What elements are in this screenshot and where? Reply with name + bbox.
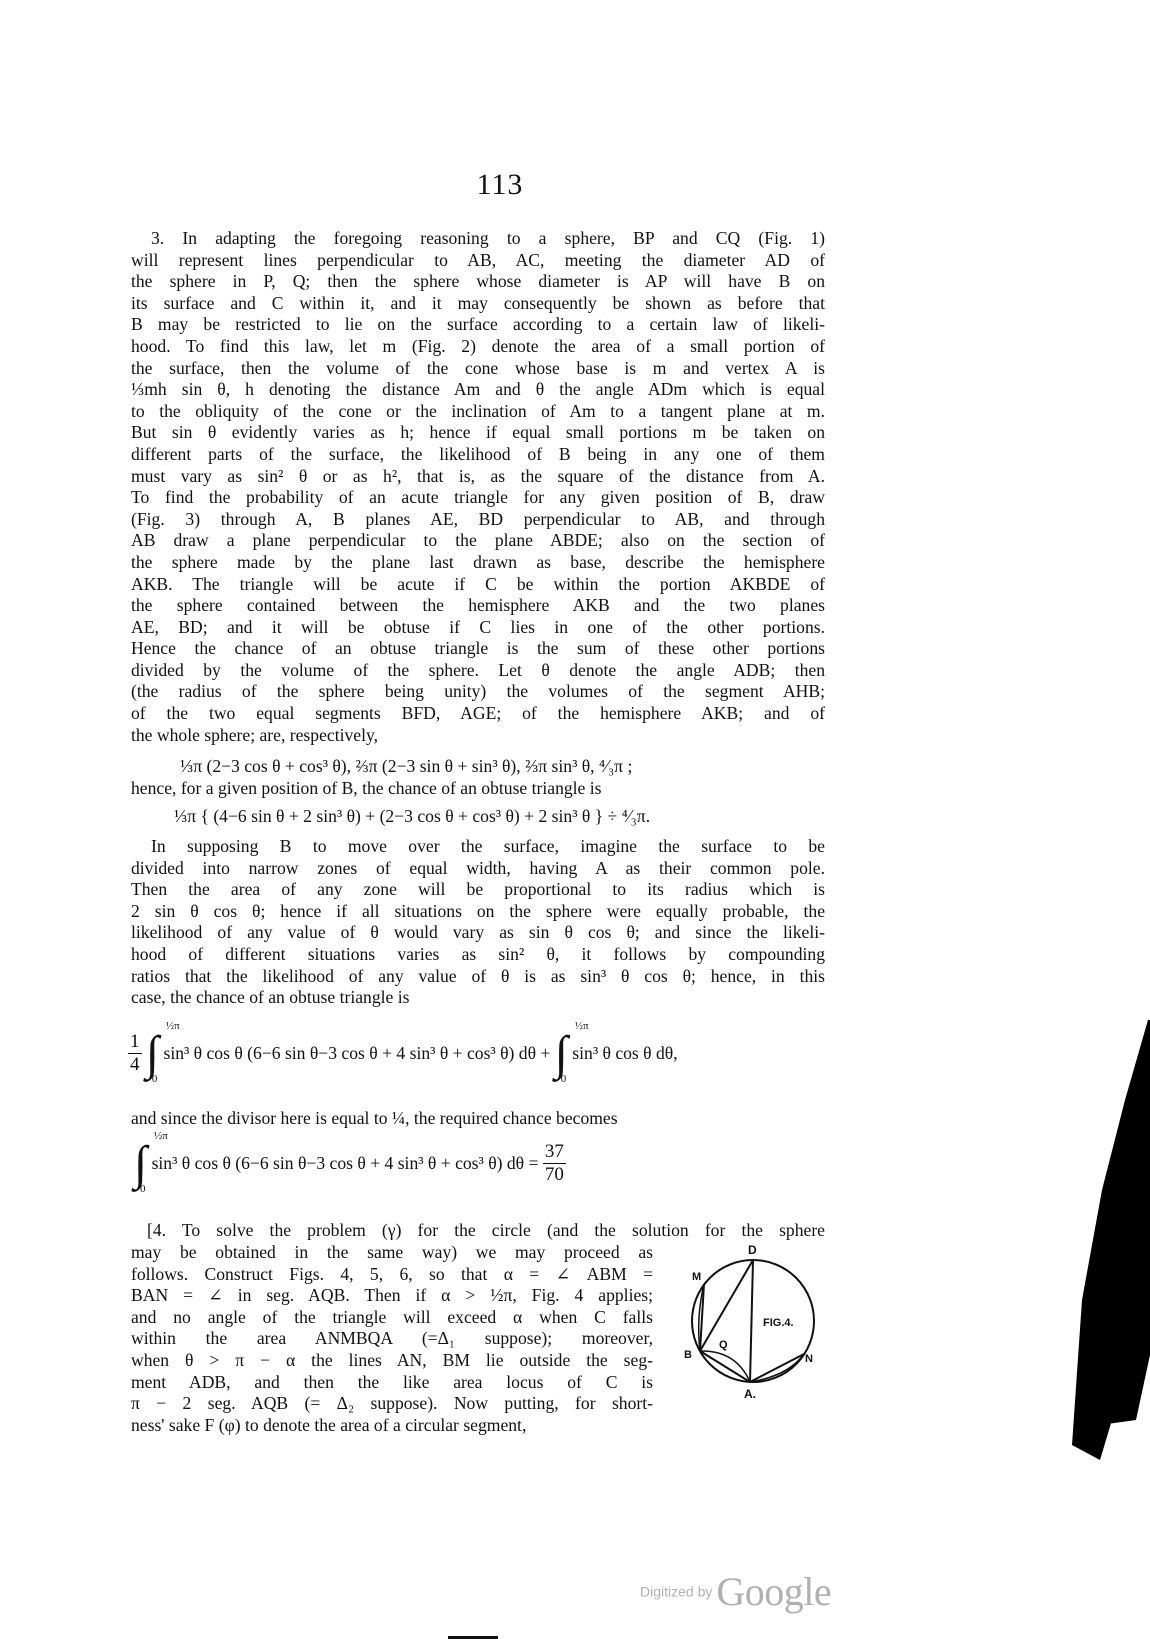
result-fraction: 37 70 xyxy=(543,1141,566,1186)
text-line: AKB. The triangle will be acute if C be … xyxy=(131,574,825,596)
section-4-first-line: [4. To solve the problem (γ) for the cir… xyxy=(131,1220,825,1242)
svg-text:A.: A. xyxy=(744,1387,756,1401)
text-line: ness' sake F (φ) to denote the area of a… xyxy=(131,1415,653,1437)
text-line: may be obtained in the same way) we may … xyxy=(131,1242,653,1264)
svg-text:N: N xyxy=(805,1353,813,1365)
integrand: sin³ θ cos θ (6−6 sin θ−3 cos θ + 4 sin³… xyxy=(152,1153,539,1173)
text-line: within the area ANMBQA (=Δ₁ suppose); mo… xyxy=(131,1328,653,1350)
text-line: ment ADB, and then the like area locus o… xyxy=(131,1372,653,1394)
google-logo-text: Google xyxy=(716,1569,831,1614)
formula-volumes: ⅓π (2−3 cos θ + cos³ θ), ⅔π (2−3 sin θ +… xyxy=(180,756,632,777)
text-line: Hence the chance of an obtuse triangle i… xyxy=(131,638,825,660)
text-line: must vary as sin² θ or as h², that is, a… xyxy=(131,466,825,488)
text-line: 2 sin θ cos θ; hence if all situations o… xyxy=(131,901,825,923)
fraction-one-quarter: 1 4 xyxy=(128,1031,142,1076)
text-line: the sphere in P, Q; then the sphere whos… xyxy=(131,271,825,293)
svg-text:M: M xyxy=(692,1271,701,1283)
text-line-block: and since the divisor here is equal to ¼… xyxy=(131,1108,825,1130)
integral-sign: ∫½π0 xyxy=(146,1026,159,1081)
integrand: sin³ θ cos θ dθ, xyxy=(572,1043,677,1063)
zones-paragraph: In supposing B to move over the surface,… xyxy=(131,836,825,1009)
text-line: the whole sphere; are, respectively, xyxy=(131,725,825,747)
text-line: In supposing B to move over the surface,… xyxy=(131,836,825,858)
svg-text:D: D xyxy=(748,1244,757,1257)
text-line: different parts of the surface, the like… xyxy=(131,444,825,466)
section-4-paragraph: may be obtained in the same way) we may … xyxy=(131,1242,653,1436)
text-line: But sin θ evidently varies as h; hence i… xyxy=(131,422,825,444)
section-3-paragraph: 3. In adapting the foregoing reasoning t… xyxy=(131,228,825,746)
text-line: ratios that the likelihood of any value … xyxy=(131,966,825,988)
text-line: likelihood of any value of θ would vary … xyxy=(131,922,825,944)
text-line: divided by the volume of the sphere. Let… xyxy=(131,660,825,682)
text-line: (Fig. 3) through A, B planes AE, BD perp… xyxy=(131,509,825,531)
text-line: BAN = ∠ in seg. AQB. Then if α > ½π, Fig… xyxy=(131,1285,653,1307)
integral-sign: ∫½π0 xyxy=(555,1026,568,1081)
text-line: follows. Construct Figs. 4, 5, 6, so tha… xyxy=(131,1264,653,1286)
text-line: hence, for a given position of B, the ch… xyxy=(131,778,825,800)
text-line: (the radius of the sphere being unity) t… xyxy=(131,681,825,703)
text-line: the sphere made by the plane last drawn … xyxy=(131,552,825,574)
text-line: 3. In adapting the foregoing reasoning t… xyxy=(131,228,825,250)
text-line: ⅓mh sin θ, h denoting the distance Am an… xyxy=(131,379,825,401)
text-line: AE, BD; and it will be obtuse if C lies … xyxy=(131,617,825,639)
text-line: its surface and C within it, and it may … xyxy=(131,293,825,315)
integrand: sin³ θ cos θ (6−6 sin θ−3 cos θ + 4 sin³… xyxy=(163,1043,550,1063)
text-line: hood of different situations varies as s… xyxy=(131,944,825,966)
text-line: and since the divisor here is equal to ¼… xyxy=(131,1108,825,1130)
text-line: [4. To solve the problem (γ) for the cir… xyxy=(131,1220,825,1242)
text-line: case, the chance of an obtuse triangle i… xyxy=(131,987,825,1009)
text-line: and no angle of the triangle will exceed… xyxy=(131,1307,653,1329)
svg-text:FIG.4.: FIG.4. xyxy=(763,1317,794,1329)
text-line: when θ > π − α the lines AN, BM lie outs… xyxy=(131,1350,653,1372)
text-line: hood. To find this law, let m (Fig. 2) d… xyxy=(131,336,825,358)
text-line: B may be restricted to lie on the surfac… xyxy=(131,314,825,336)
svg-text:Q: Q xyxy=(719,1339,728,1351)
text-line: the surface, then the volume of the cone… xyxy=(131,358,825,380)
page-number: 113 xyxy=(0,168,1000,202)
text-line: divided into narrow zones of equal width… xyxy=(131,858,825,880)
figure-4-diagram: D M B Q N A. FIG.4. xyxy=(668,1244,828,1424)
scan-edge-artifact xyxy=(1020,1000,1150,1600)
text-line: the sphere contained between the hemisph… xyxy=(131,595,825,617)
text-line: to the obliquity of the cone or the incl… xyxy=(131,401,825,423)
digitized-by-label: Digitized by xyxy=(640,1584,712,1600)
text-line: To find the probability of an acute tria… xyxy=(131,487,825,509)
text-line: π − 2 seg. AQB (= Δ₂ suppose). Now putti… xyxy=(131,1393,653,1415)
integral-sign: ∫½π0 xyxy=(134,1136,147,1191)
text-line: AB draw a plane perpendicular to the pla… xyxy=(131,530,825,552)
integral-formula-2: ∫½π0 sin³ θ cos θ (6−6 sin θ−3 cos θ + 4… xyxy=(134,1136,566,1191)
integral-formula-1: 1 4 ∫½π0 sin³ θ cos θ (6−6 sin θ−3 cos θ… xyxy=(128,1026,678,1081)
digitized-by-watermark: Digitized by Google xyxy=(640,1568,831,1615)
text-line: of the two equal segments BFD, AGE; of t… xyxy=(131,703,825,725)
text-line-block: hence, for a given position of B, the ch… xyxy=(131,778,825,800)
text-line: Then the area of any zone will be propor… xyxy=(131,879,825,901)
formula-obtuse-chance: ⅓π { (4−6 sin θ + 2 sin³ θ) + (2−3 cos θ… xyxy=(174,806,650,827)
circle-diagram-icon: D M B Q N A. FIG.4. xyxy=(668,1244,828,1424)
svg-text:B: B xyxy=(684,1349,692,1361)
text-line: will represent lines perpendicular to AB… xyxy=(131,250,825,272)
